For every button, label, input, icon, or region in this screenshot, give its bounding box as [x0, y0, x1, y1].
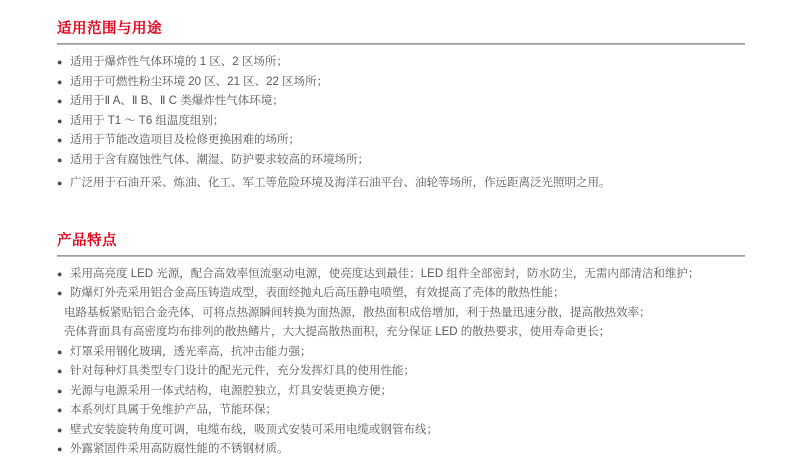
- list-item: ●外露紧固件采用高防腐性能的不锈钢材质。: [57, 440, 745, 460]
- item-text: 本系列灯具属于免维护产品，节能环保；: [70, 401, 277, 421]
- section-divider: [57, 255, 745, 257]
- list-item: ●本系列灯具属于免维护产品，节能环保；: [57, 401, 745, 421]
- document-page: 适用范围与用途 ●适用于爆炸性气体环境的 1 区、2 区场所；●适用于可燃性粉尘…: [0, 0, 800, 470]
- bullet-icon: ●: [57, 112, 70, 132]
- item-text: 外露紧固件采用高防腐性能的不锈钢材质。: [70, 440, 289, 460]
- list-item: ●灯罩采用钢化玻璃，透光率高，抗冲击能力强；: [57, 343, 745, 363]
- list-item: ●广泛用于石油开采、炼油、化工、军工等危险环境及海洋石油平台、油轮等场所，作远距…: [57, 174, 745, 194]
- bullet-icon: ●: [57, 343, 70, 363]
- bullet-icon: ●: [57, 440, 70, 460]
- item-text: 采用高亮度 LED 光源，配合高效率恒流驱动电源，使亮度达到最佳；LED 组件全…: [70, 265, 699, 285]
- bullet-icon: ●: [57, 73, 70, 93]
- list-item: ●光源与电源采用一体式结构，电源腔独立，灯具安装更换方便；: [57, 382, 745, 402]
- bullet-icon: ●: [57, 92, 70, 112]
- item-text: 适用于节能改造项目及检修更换困难的场所；: [70, 131, 300, 151]
- bullet-list: ●采用高亮度 LED 光源，配合高效率恒流驱动电源，使亮度达到最佳；LED 组件…: [57, 265, 745, 460]
- list-item: ●适用于爆炸性气体环境的 1 区、2 区场所；: [57, 53, 745, 73]
- list-item: ●壁式安装旋转角度可调，电缆布线，吸顶式安装可采用电缆或钢管布线；: [57, 421, 745, 441]
- bullet-icon: ●: [57, 382, 70, 402]
- bullet-icon: ●: [57, 284, 70, 304]
- bullet-icon: ●: [57, 151, 70, 171]
- item-text: 适用于可燃性粉尘环境 20 区、21 区、22 区场所；: [70, 73, 328, 93]
- list-item: 壳体背面具有高密度均布排列的散热鳍片，大大提高散热面积，充分保证 LED 的散热…: [57, 323, 745, 343]
- bullet-icon: ●: [57, 53, 70, 73]
- section-title: 适用范围与用途: [57, 20, 745, 38]
- list-item: ●防爆灯外壳采用铝合金高压铸造成型，表面经抛丸后高压静电喷塑，有效提高了壳体的散…: [57, 284, 745, 304]
- bullet-icon: ●: [57, 265, 70, 285]
- item-text: 灯罩采用钢化玻璃，透光率高，抗冲击能力强；: [70, 343, 312, 363]
- item-text: 壳体背面具有高密度均布排列的散热鳍片，大大提高散热面积，充分保证 LED 的散热…: [64, 323, 610, 343]
- bullet-icon: ●: [57, 174, 70, 194]
- list-item: ●适用于含有腐蚀性气体、潮湿、防护要求较高的环境场所；: [57, 151, 745, 171]
- list-item: ●适用于可燃性粉尘环境 20 区、21 区、22 区场所；: [57, 73, 745, 93]
- list-item: ●采用高亮度 LED 光源，配合高效率恒流驱动电源，使亮度达到最佳；LED 组件…: [57, 265, 745, 285]
- bullet-icon: ●: [57, 362, 70, 382]
- item-text: 适用于 T1 ～ T6 组温度组别；: [70, 112, 224, 132]
- list-item: ●适用于Ⅱ A、Ⅱ B、Ⅱ C 类爆炸性气体环境；: [57, 92, 745, 112]
- list-item: ●针对每种灯具类型专门设计的配光元件，充分发挥灯具的使用性能；: [57, 362, 745, 382]
- item-text: 防爆灯外壳采用铝合金高压铸造成型，表面经抛丸后高压静电喷塑，有效提高了壳体的散热…: [70, 284, 565, 304]
- item-text: 壁式安装旋转角度可调，电缆布线，吸顶式安装可采用电缆或钢管布线；: [70, 421, 438, 441]
- bullet-icon: ●: [57, 131, 70, 151]
- section-divider: [57, 43, 745, 45]
- list-item: ●适用于 T1 ～ T6 组温度组别；: [57, 112, 745, 132]
- bullet-icon: ●: [57, 421, 70, 441]
- item-text: 适用于含有腐蚀性气体、潮湿、防护要求较高的环境场所；: [70, 151, 369, 171]
- section-title: 产品特点: [57, 232, 745, 250]
- item-text: 光源与电源采用一体式结构，电源腔独立，灯具安装更换方便；: [70, 382, 392, 402]
- item-text: 针对每种灯具类型专门设计的配光元件，充分发挥灯具的使用性能；: [70, 362, 415, 382]
- item-text: 适用于爆炸性气体环境的 1 区、2 区场所；: [70, 53, 288, 73]
- list-item: ●适用于节能改造项目及检修更换困难的场所；: [57, 131, 745, 151]
- section-application-scope: 适用范围与用途 ●适用于爆炸性气体环境的 1 区、2 区场所；●适用于可燃性粉尘…: [57, 20, 745, 194]
- section-product-features: 产品特点 ●采用高亮度 LED 光源，配合高效率恒流驱动电源，使亮度达到最佳；L…: [57, 232, 745, 460]
- bullet-list: ●适用于爆炸性气体环境的 1 区、2 区场所；●适用于可燃性粉尘环境 20 区、…: [57, 53, 745, 194]
- bullet-icon: ●: [57, 401, 70, 421]
- item-text: 广泛用于石油开采、炼油、化工、军工等危险环境及海洋石油平台、油轮等场所，作远距离…: [70, 174, 611, 194]
- item-text: 电路基板紧贴铝合金壳体，可将点热源瞬间转换为面热源，散热面积成倍增加，利于热量迅…: [64, 304, 651, 324]
- list-item: 电路基板紧贴铝合金壳体，可将点热源瞬间转换为面热源，散热面积成倍增加，利于热量迅…: [57, 304, 745, 324]
- item-text: 适用于Ⅱ A、Ⅱ B、Ⅱ C 类爆炸性气体环境；: [70, 92, 284, 112]
